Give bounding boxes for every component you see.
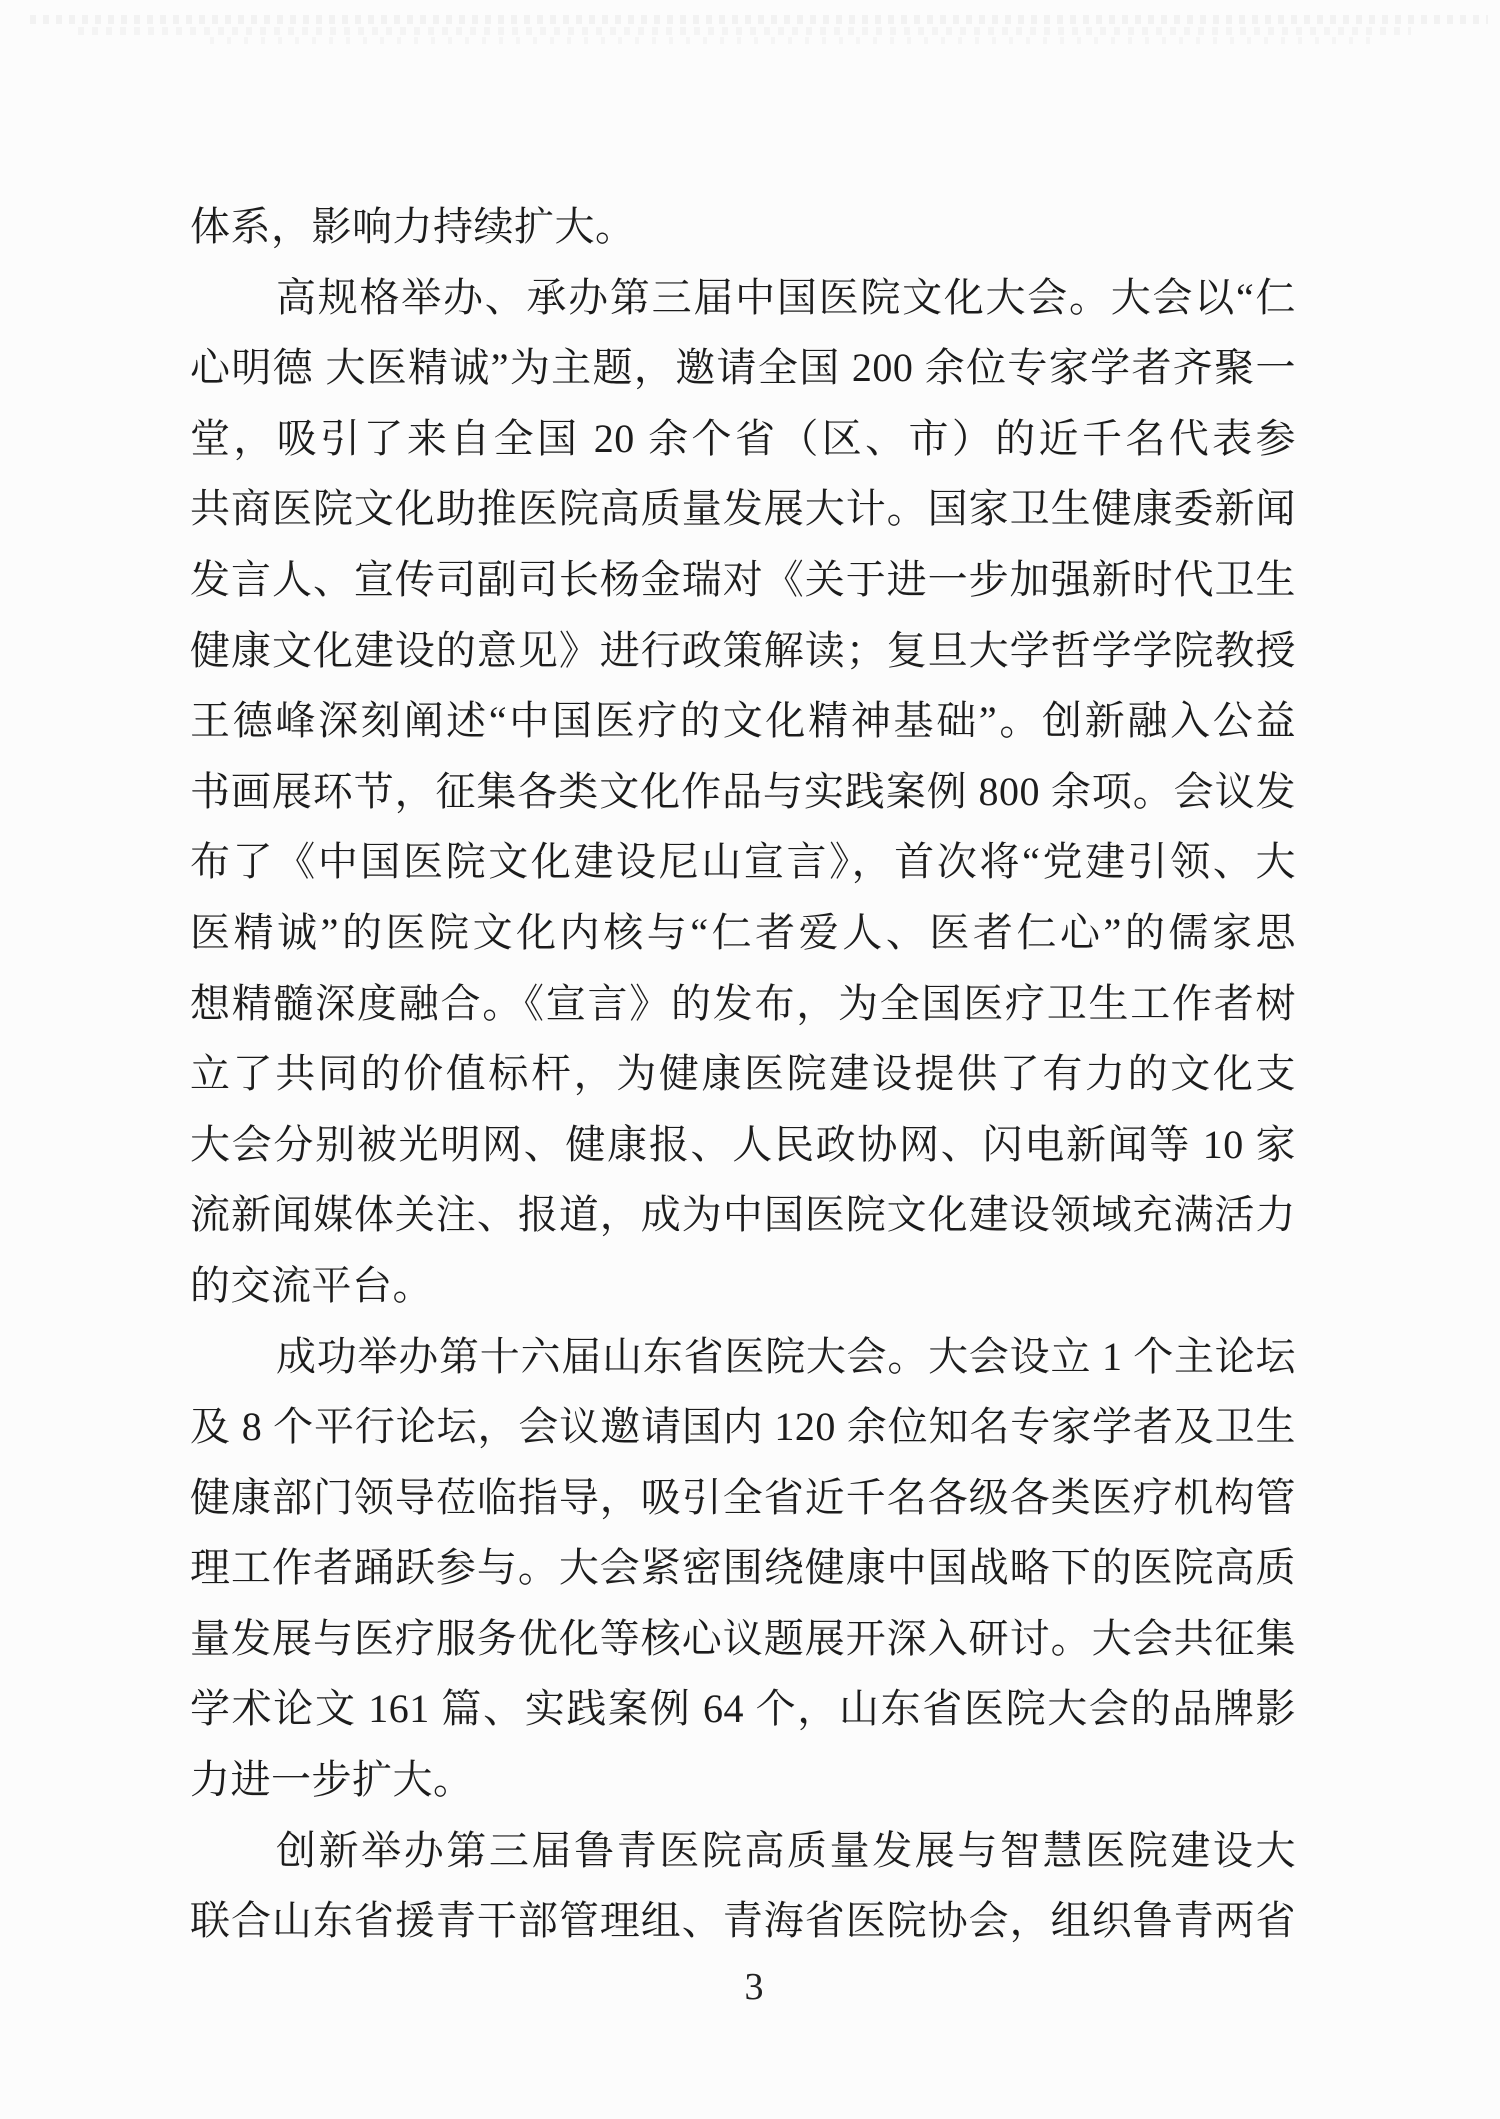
text-line: 大会分别被光明网、健康报、人民政协网、闪电新闻等 10 家主 [190, 1110, 1296, 1181]
text-line: 想精髓深度融合。《宣言》的发布，为全国医疗卫生工作者树 [190, 969, 1296, 1040]
page-number: 3 [190, 1962, 1318, 2012]
text-line: 创新举办第三届鲁青医院高质量发展与智慧医院建设大会。 [190, 1816, 1296, 1887]
document-page: 体系，影响力持续扩大。 高规格举办、承办第三届中国医院文化大会。大会以“仁 心明… [0, 0, 1500, 2119]
text-line: 力进一步扩大。 [190, 1745, 1296, 1816]
text-line: 量发展与医疗服务优化等核心议题展开深入研讨。大会共征集 [190, 1604, 1296, 1675]
text-line: 学术论文 161 篇、实践案例 64 个，山东省医院大会的品牌影响 [190, 1674, 1296, 1745]
text-line: 共商医院文化助推医院高质量发展大计。国家卫生健康委新闻 [190, 474, 1296, 545]
scan-artifact-band [30, 15, 1488, 55]
text-line: 成功举办第十六届山东省医院大会。大会设立 1 个主论坛 [190, 1322, 1296, 1393]
text-line: 堂，吸引了来自全国 20 余个省（区、市）的近千名代表参会， [190, 404, 1296, 475]
text-line: 联合山东省援青干部管理组、青海省医院协会，组织鲁青两省 [190, 1886, 1296, 1957]
text-line: 的交流平台。 [190, 1251, 1296, 1322]
text-line: 心明德 大医精诚”为主题，邀请全国 200 余位专家学者齐聚一 [190, 333, 1296, 404]
text-line: 及 8 个平行论坛，会议邀请国内 120 余位知名专家学者及卫生 [190, 1392, 1296, 1463]
text-line: 理工作者踊跃参与。大会紧密围绕健康中国战略下的医院高质 [190, 1533, 1296, 1604]
text-line: 体系，影响力持续扩大。 [190, 192, 1296, 263]
body-text-block: 体系，影响力持续扩大。 高规格举办、承办第三届中国医院文化大会。大会以“仁 心明… [190, 192, 1296, 1957]
text-line: 健康部门领导莅临指导，吸引全省近千名各级各类医疗机构管 [190, 1463, 1296, 1534]
text-line: 医精诚”的医院文化内核与“仁者爱人、医者仁心”的儒家思 [190, 898, 1296, 969]
text-line: 立了共同的价值标杆，为健康医院建设提供了有力的文化支撑。 [190, 1039, 1296, 1110]
text-line: 健康文化建设的意见》进行政策解读；复旦大学哲学学院教授 [190, 616, 1296, 687]
text-line: 布了《中国医院文化建设尼山宣言》，首次将“党建引领、大 [190, 827, 1296, 898]
text-line: 书画展环节，征集各类文化作品与实践案例 800 余项。会议发 [190, 757, 1296, 828]
text-line: 高规格举办、承办第三届中国医院文化大会。大会以“仁 [190, 263, 1296, 334]
text-line: 王德峰深刻阐述“中国医疗的文化精神基础”。创新融入公益 [190, 686, 1296, 757]
text-line: 发言人、宣传司副司长杨金瑞对《关于进一步加强新时代卫生 [190, 545, 1296, 616]
text-line: 流新闻媒体关注、报道，成为中国医院文化建设领域充满活力 [190, 1180, 1296, 1251]
